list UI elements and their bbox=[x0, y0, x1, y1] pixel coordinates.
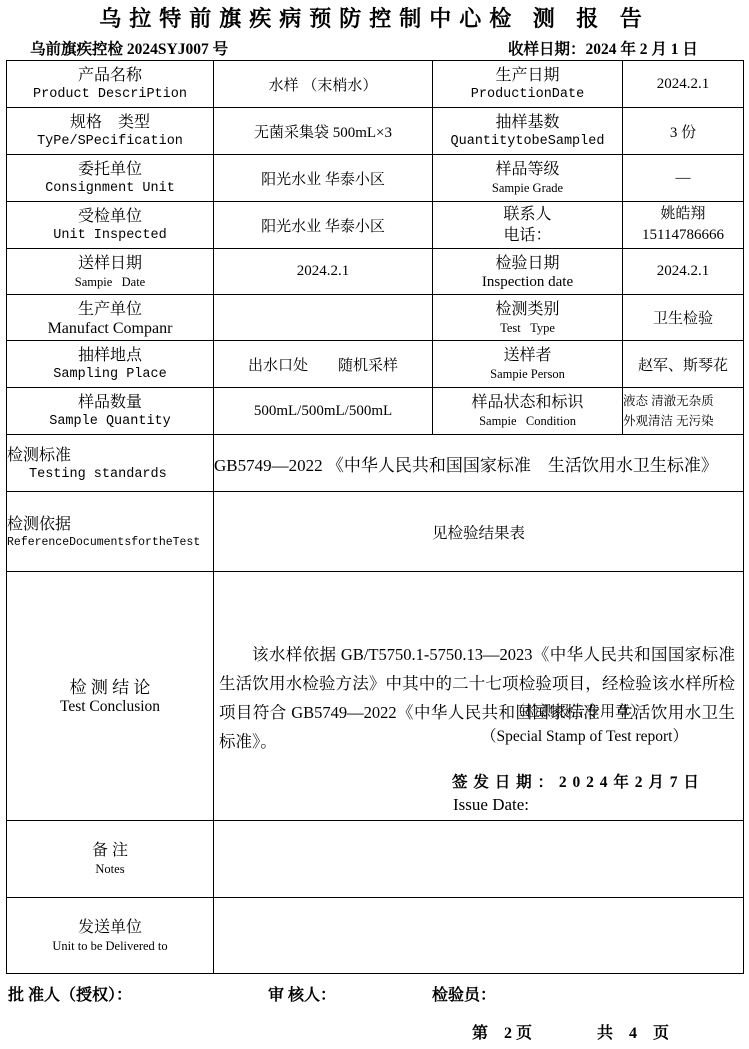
label-en: Manufact Companr bbox=[7, 320, 213, 337]
sample-date-value: 2024.2.1 bbox=[214, 249, 433, 295]
report-number: 乌前旗疾控检 2024SYJ007 号 bbox=[30, 37, 228, 59]
label-zh: 生产日期 bbox=[433, 65, 622, 86]
label-en: Sample Quantity bbox=[7, 413, 213, 430]
manufacturer-label: 生产单位 Manufact Companr bbox=[7, 295, 214, 341]
specification-value: 无菌采集袋 500mL×3 bbox=[214, 108, 433, 155]
receive-date: 收样日期：2024 年 2 月 1 日 bbox=[508, 37, 698, 59]
sample-person-label: 送样者 Sampie Person bbox=[433, 341, 623, 388]
approver-label: 批 准人（授权）： bbox=[8, 982, 132, 1005]
unit-inspected-value: 阳光水业 华泰小区 bbox=[214, 202, 433, 249]
label-zh: 样品等级 bbox=[433, 159, 622, 180]
label-en: Sampling Place bbox=[7, 366, 213, 383]
specification-label: 规格 类型 TyPe/SPecification bbox=[7, 108, 214, 155]
reference-documents-value: 见检验结果表 bbox=[214, 492, 744, 572]
report-page: 乌拉特前旗疾病预防控制中心检 测 报 告 乌前旗疾控检 2024SYJ007 号… bbox=[0, 0, 749, 1049]
contact-name: 姚皓翔 bbox=[623, 204, 743, 225]
sample-condition-value: 液态 清澈无杂质 外观清洁 无污染 bbox=[623, 388, 744, 435]
sample-condition-label: 样品状态和标识 Sampie Condition bbox=[433, 388, 623, 435]
label-zh: 发送单位 bbox=[7, 917, 213, 938]
table-row: 发送单位 Unit to be Delivered to bbox=[7, 898, 744, 974]
label-zh: 联系人 bbox=[433, 204, 622, 225]
contact-phone-value: 姚皓翔 15114786666 bbox=[623, 202, 744, 249]
label-zh: 生产单位 bbox=[7, 299, 213, 320]
delivery-unit-value bbox=[214, 898, 744, 974]
issue-date-en: Issue Date: bbox=[453, 795, 529, 815]
label-zh: 受检单位 bbox=[7, 206, 213, 227]
table-row: 样品数量 Sample Quantity 500mL/500mL/500mL 样… bbox=[7, 388, 744, 435]
label-en: Sampie Person bbox=[433, 366, 622, 383]
label-en: Unit Inspected bbox=[7, 227, 213, 244]
quantity-sampled-label: 抽样基数 QuantitytobeSampled bbox=[433, 108, 623, 155]
production-date-value: 2024.2.1 bbox=[623, 61, 744, 108]
test-conclusion-cell: 该水样依据 GB/T5750.1-5750.13—2023《中华人民共和国国家标… bbox=[214, 572, 744, 821]
issue-date-zh: 签 发 日 期 ： 2 0 2 4 年 2 月 7 日 bbox=[452, 770, 700, 792]
label-en: Product DescriPtion bbox=[7, 86, 213, 103]
condition-line: 外观清洁 无污染 bbox=[623, 411, 743, 431]
table-row: 备 注 Notes bbox=[7, 821, 744, 898]
label-en: Inspection date bbox=[433, 274, 622, 291]
report-table: 产品名称 Product DescriPtion 水样 （末梢水） 生产日期 P… bbox=[6, 60, 744, 974]
product-name-label: 产品名称 Product DescriPtion bbox=[7, 61, 214, 108]
table-row: 生产单位 Manufact Companr 检测类别 Test Type 卫生检… bbox=[7, 295, 744, 341]
label-zh: 抽样地点 bbox=[7, 345, 213, 366]
product-name-value: 水样 （末梢水） bbox=[214, 61, 433, 108]
table-row: 产品名称 Product DescriPtion 水样 （末梢水） 生产日期 P… bbox=[7, 61, 744, 108]
label-zh: 检验日期 bbox=[433, 253, 622, 274]
label-zh: 检测依据 bbox=[7, 514, 213, 536]
label-en: Sampie Grade bbox=[433, 180, 622, 197]
label-en: Sampie Date bbox=[7, 274, 213, 291]
production-date-label: 生产日期 ProductionDate bbox=[433, 61, 623, 108]
table-row: 送样日期 Sampie Date 2024.2.1 检验日期 Inspectio… bbox=[7, 249, 744, 295]
page-number-current: 第 2 页 bbox=[472, 1020, 532, 1043]
sample-grade-value: — bbox=[623, 155, 744, 202]
table-row: 受检单位 Unit Inspected 阳光水业 华泰小区 联系人 电话： 姚皓… bbox=[7, 202, 744, 249]
test-type-label: 检测类别 Test Type bbox=[433, 295, 623, 341]
label-en: ReferenceDocumentsfortheTest bbox=[7, 536, 213, 549]
consignment-unit-value: 阳光水业 华泰小区 bbox=[214, 155, 433, 202]
label-en: Test Type bbox=[433, 320, 622, 337]
unit-inspected-label: 受检单位 Unit Inspected bbox=[7, 202, 214, 249]
condition-line: 液态 清澈无杂质 bbox=[623, 391, 743, 411]
label-zh: 样品数量 bbox=[7, 392, 213, 413]
sample-grade-label: 样品等级 Sampie Grade bbox=[433, 155, 623, 202]
table-row: 规格 类型 TyPe/SPecification 无菌采集袋 500mL×3 抽… bbox=[7, 108, 744, 155]
sampling-place-label: 抽样地点 Sampling Place bbox=[7, 341, 214, 388]
inspection-date-value: 2024.2.1 bbox=[623, 249, 744, 295]
inspector-label: 检验员： bbox=[432, 982, 496, 1005]
label-zh: 检测类别 bbox=[433, 299, 622, 320]
sample-quantity-value: 500mL/500mL/500mL bbox=[214, 388, 433, 435]
label-zh: 抽样基数 bbox=[433, 112, 622, 133]
label-zh: 产品名称 bbox=[7, 65, 213, 86]
stamp-note-en: （Special Stamp of Test report） bbox=[481, 724, 688, 746]
reference-documents-label: 检测依据 ReferenceDocumentsfortheTest bbox=[7, 492, 214, 572]
test-conclusion-label: 检 测 结 论 Test Conclusion bbox=[7, 572, 214, 821]
table-row: 检测依据 ReferenceDocumentsfortheTest 见检验结果表 bbox=[7, 492, 744, 572]
label-en: Consignment Unit bbox=[7, 180, 213, 197]
manufacturer-value bbox=[214, 295, 433, 341]
quantity-sampled-value: 3 份 bbox=[623, 108, 744, 155]
label-en: Test Conclusion bbox=[7, 698, 213, 715]
delivery-unit-label: 发送单位 Unit to be Delivered to bbox=[7, 898, 214, 974]
label-zh: 规格 类型 bbox=[7, 112, 213, 133]
label-en: Testing standards bbox=[29, 467, 213, 482]
label-zh: 样品状态和标识 bbox=[433, 392, 622, 413]
label-en: Sampie Condition bbox=[433, 413, 622, 430]
label-zh: 检 测 结 论 bbox=[7, 677, 213, 698]
sample-person-value: 赵军、斯琴花 bbox=[623, 341, 744, 388]
stamp-note-zh: （检测报告专用章） bbox=[510, 700, 645, 721]
label-en: QuantitytobeSampled bbox=[433, 133, 622, 150]
table-row: 检测标准 Testing standards GB5749—2022 《中华人民… bbox=[7, 435, 744, 492]
label-zh: 电话： bbox=[433, 225, 622, 246]
label-zh: 备 注 bbox=[7, 840, 213, 861]
label-en: TyPe/SPecification bbox=[7, 133, 213, 150]
inspection-date-label: 检验日期 Inspection date bbox=[433, 249, 623, 295]
notes-value bbox=[214, 821, 744, 898]
label-zh: 委托单位 bbox=[7, 159, 213, 180]
contact-phone-label: 联系人 电话： bbox=[433, 202, 623, 249]
table-row: 抽样地点 Sampling Place 出水口处 随机采样 送样者 Sampie… bbox=[7, 341, 744, 388]
test-type-value: 卫生检验 bbox=[623, 295, 744, 341]
contact-number: 15114786666 bbox=[623, 225, 743, 246]
sample-date-label: 送样日期 Sampie Date bbox=[7, 249, 214, 295]
label-en: Unit to be Delivered to bbox=[7, 938, 213, 955]
page-title: 乌拉特前旗疾病预防控制中心检 测 报 告 bbox=[0, 2, 749, 33]
page-number-total: 共 4 页 bbox=[597, 1020, 669, 1043]
notes-label: 备 注 Notes bbox=[7, 821, 214, 898]
reviewer-label: 审 核人： bbox=[268, 982, 336, 1005]
testing-standards-label: 检测标准 Testing standards bbox=[7, 435, 214, 492]
label-zh: 送样日期 bbox=[7, 253, 213, 274]
consignment-unit-label: 委托单位 Consignment Unit bbox=[7, 155, 214, 202]
sampling-place-value: 出水口处 随机采样 bbox=[214, 341, 433, 388]
label-zh: 送样者 bbox=[433, 345, 622, 366]
table-row: 委托单位 Consignment Unit 阳光水业 华泰小区 样品等级 Sam… bbox=[7, 155, 744, 202]
sample-quantity-label: 样品数量 Sample Quantity bbox=[7, 388, 214, 435]
testing-standards-value: GB5749—2022 《中华人民共和国国家标准 生活饮用水卫生标准》 bbox=[214, 435, 744, 492]
table-row: 检 测 结 论 Test Conclusion 该水样依据 GB/T5750.1… bbox=[7, 572, 744, 821]
label-zh: 检测标准 bbox=[7, 445, 213, 467]
label-en: Notes bbox=[7, 861, 213, 878]
label-en: ProductionDate bbox=[433, 86, 622, 103]
